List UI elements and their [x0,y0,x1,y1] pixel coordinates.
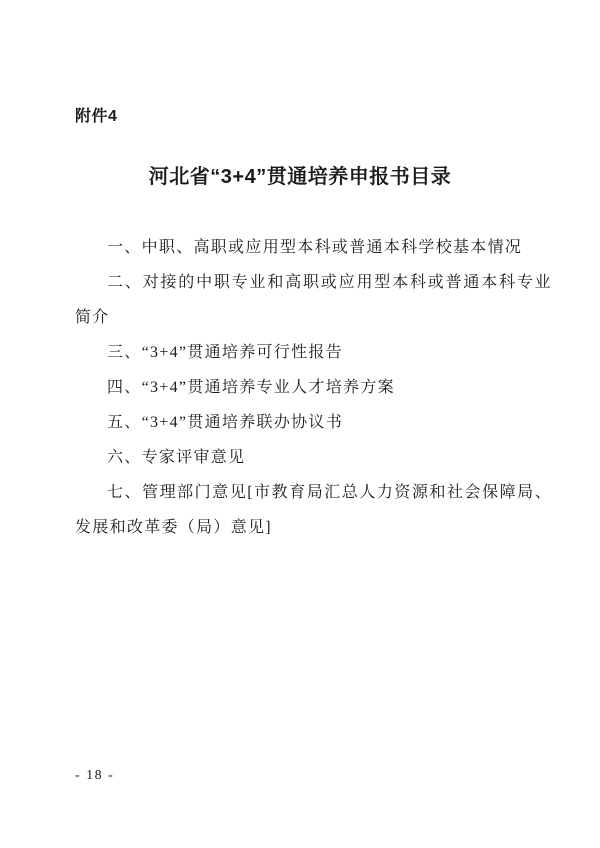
toc-item-6: 六、专家评审意见 [75,440,552,475]
page-title: 河北省“3+4”贯通培养申报书目录 [0,160,600,189]
attachment-label: 附件4 [75,103,117,126]
document-page: 附件4 河北省“3+4”贯通培养申报书目录 一、中职、高职或应用型本科或普通本科… [0,0,600,848]
toc-item-5: 五、“3+4”贯通培养联办协议书 [75,405,552,440]
page-number: - 18 - [75,768,114,784]
toc-item-3: 三、“3+4”贯通培养可行性报告 [75,335,552,370]
toc-item-1: 一、中职、高职或应用型本科或普通本科学校基本情况 [75,230,552,265]
toc-item-4: 四、“3+4”贯通培养专业人才培养方案 [75,370,552,405]
toc-item-2: 二、对接的中职专业和高职或应用型本科或普通本科专业简介 [75,265,552,335]
toc-list: 一、中职、高职或应用型本科或普通本科学校基本情况 二、对接的中职专业和高职或应用… [75,230,552,545]
toc-item-7: 七、管理部门意见[市教育局汇总人力资源和社会保障局、发展和改革委（局）意见] [75,475,552,545]
